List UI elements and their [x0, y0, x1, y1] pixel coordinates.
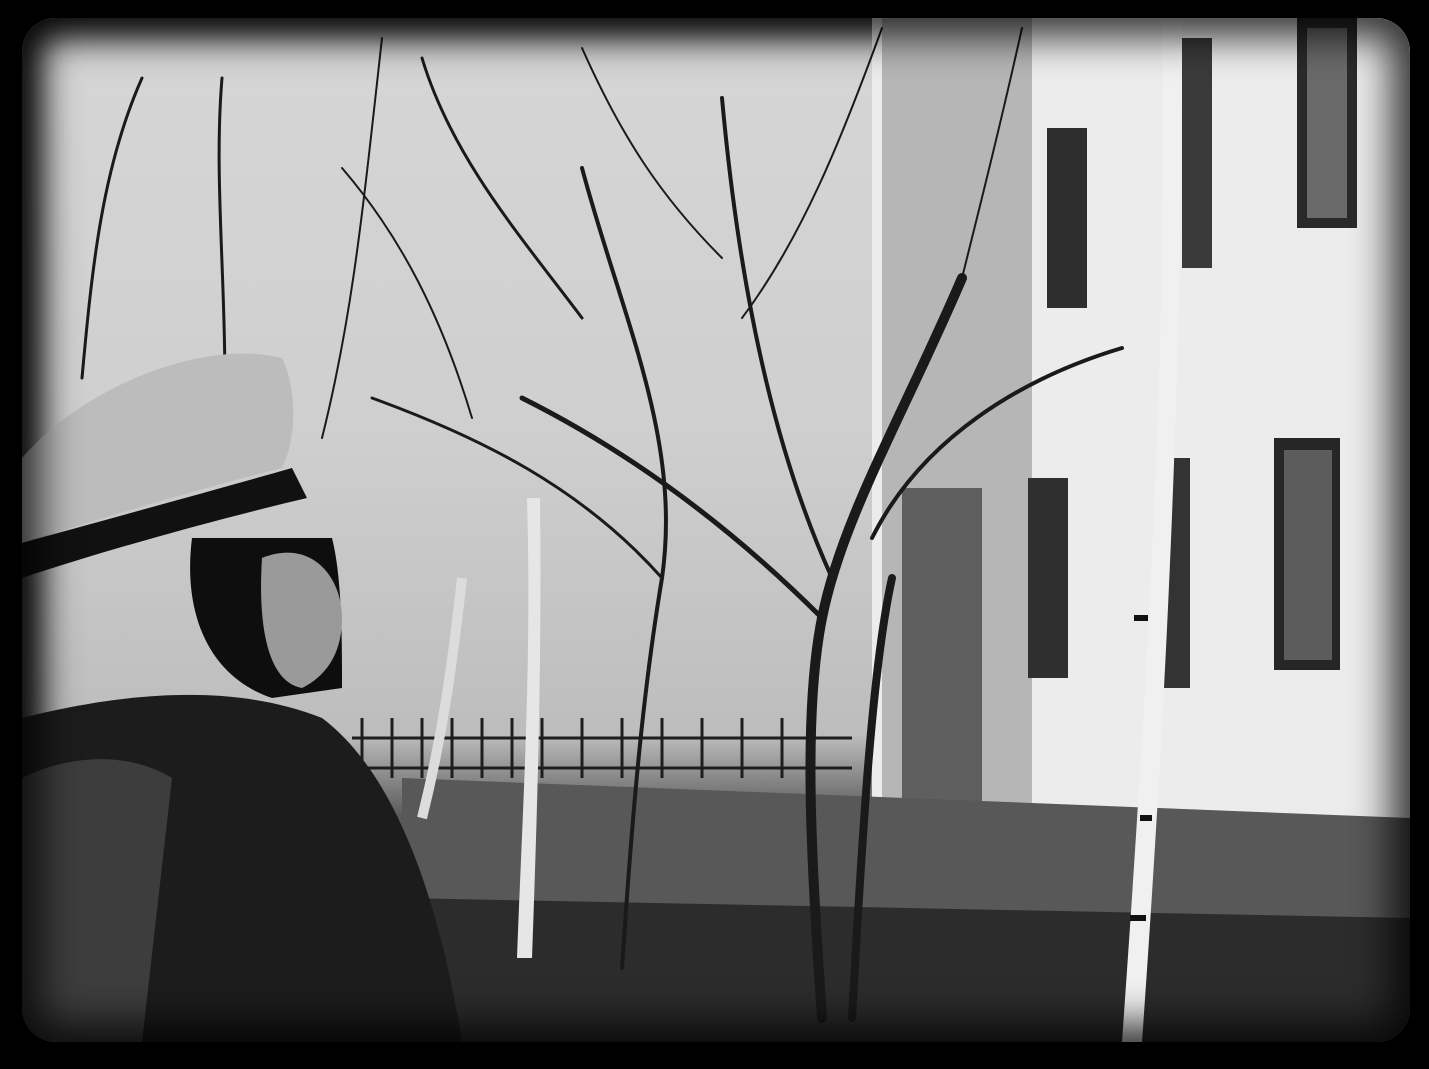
- scene-illustration: [22, 18, 1410, 1042]
- film-frame: [0, 0, 1429, 1069]
- film-still: [22, 18, 1410, 1042]
- building: [872, 18, 1410, 838]
- ground: [402, 778, 1410, 1042]
- fence: [352, 718, 852, 778]
- man-in-peaked-cap: [22, 354, 462, 1042]
